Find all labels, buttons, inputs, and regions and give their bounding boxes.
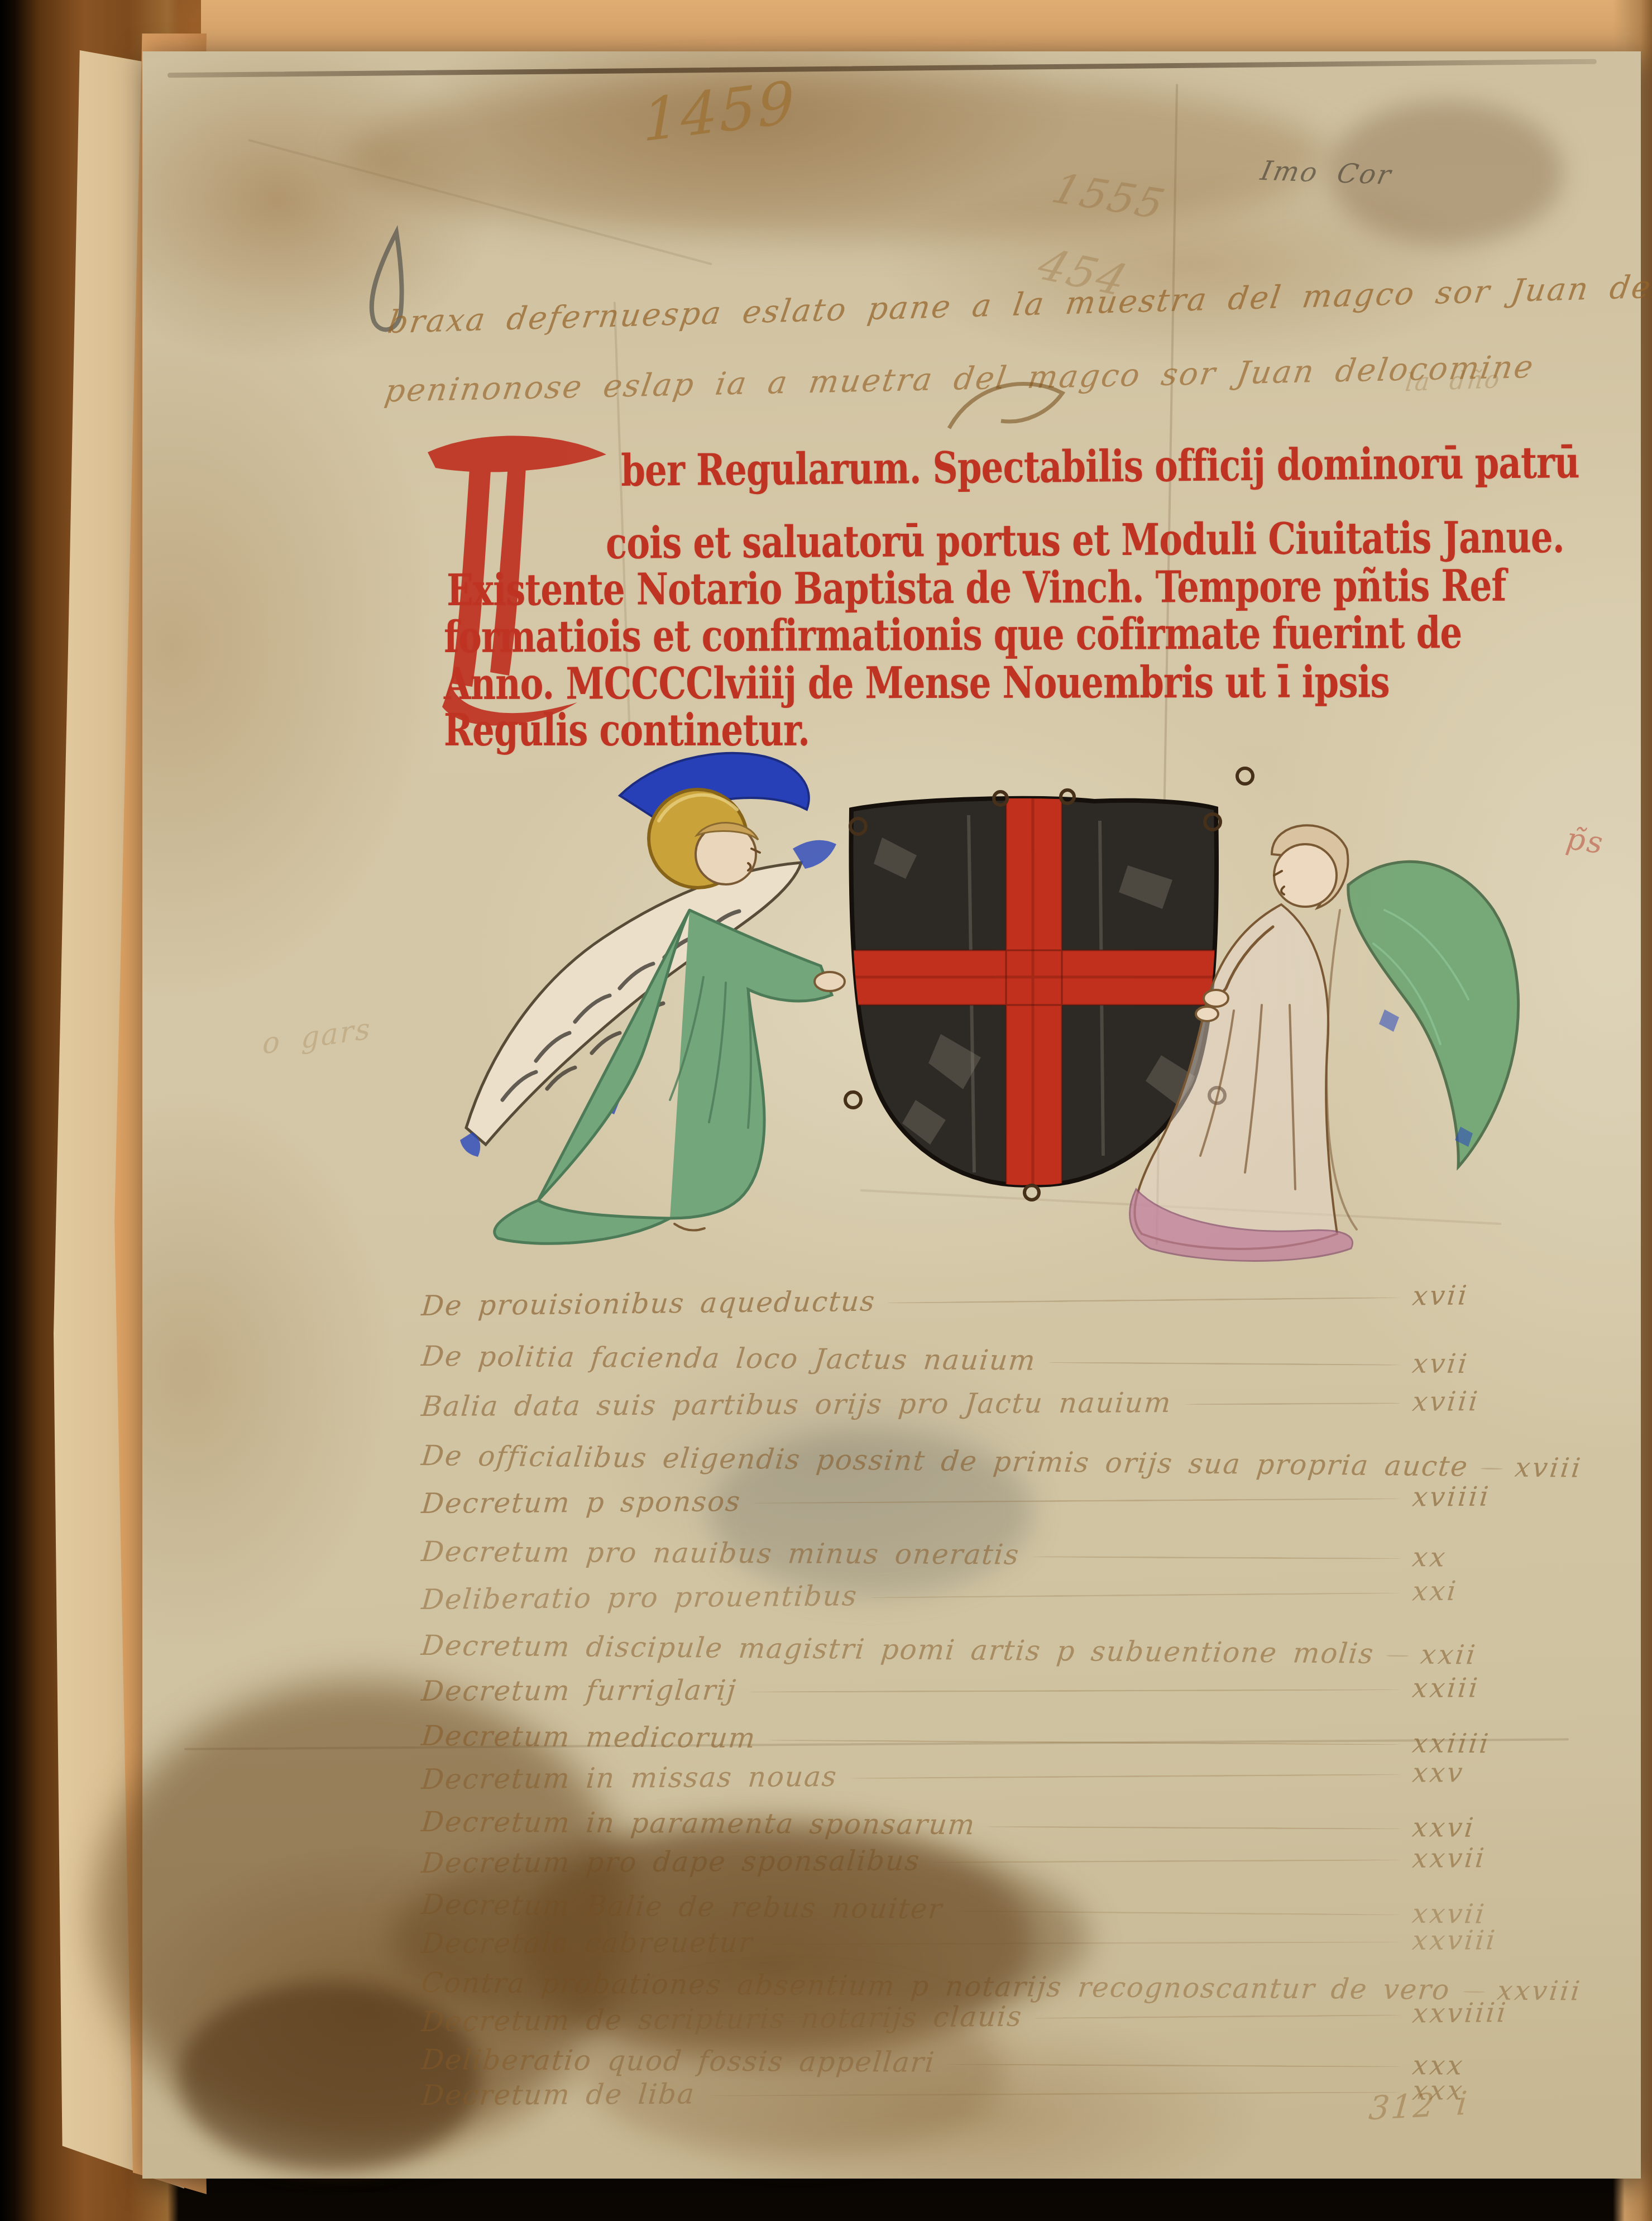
- contents-row-folio: xxi: [1411, 1574, 1545, 1607]
- miniature-angels-and-shield: [435, 743, 1530, 1279]
- contents-row-title: Decretum furriglarij: [420, 1674, 738, 1707]
- heading-line: Anno. MCCCClviiij de Mense Nouembris ut …: [444, 657, 1390, 710]
- leader-line: [1184, 1403, 1400, 1405]
- leader-line: [947, 2064, 1400, 2067]
- contents-row-folio: xxii: [1419, 1639, 1545, 1672]
- leader-line: [1032, 1556, 1400, 1559]
- contents-row-title: Decretum pro nauibus minus oneratis: [420, 1535, 1021, 1571]
- leader-line: [753, 1498, 1400, 1504]
- contents-row-folio: xxiii: [1411, 1672, 1545, 1704]
- contents-row-folio: xxviii: [1411, 1925, 1545, 1956]
- contents-row-folio: xvii: [1411, 1348, 1545, 1380]
- right-angel-wing: [1348, 861, 1519, 1167]
- contents-row: Decretum pro nauibus minus oneratis xx: [422, 1535, 1544, 1574]
- red-margin-mark: p̃s: [1564, 821, 1606, 861]
- leader-line: [1048, 1362, 1400, 1366]
- leader-line: [1386, 1655, 1409, 1657]
- contents-row-folio: xviiii: [1411, 1481, 1545, 1513]
- contents-row-folio: xviii: [1514, 1452, 1584, 1484]
- contents-row-title: Decretum in missas nouas: [420, 1760, 839, 1796]
- leader-line: [988, 1826, 1400, 1830]
- leader-line: [749, 1689, 1400, 1693]
- contents-row-title: Decretum medicorum: [420, 1720, 758, 1754]
- bottom-right-mark: 312 i: [1367, 2084, 1470, 2128]
- left-angel-hands: [815, 972, 845, 991]
- right-angel-head: [1274, 844, 1337, 907]
- contents-row-folio: xxviiii: [1411, 1997, 1545, 2029]
- top-right-ink-note: Imo Cor: [1258, 155, 1395, 191]
- contents-row-title: Balia data suis partibus orijs pro Jactu…: [420, 1386, 1173, 1423]
- damp-stain: [586, 1988, 1005, 2155]
- top-soiling: [346, 73, 1329, 240]
- contents-row-folio: xvii: [1411, 1279, 1545, 1312]
- leader-line: [1035, 2014, 1400, 2019]
- leader-line: [1481, 1468, 1503, 1470]
- contents-row-folio: xxvi: [1411, 1812, 1545, 1844]
- leader-line: [768, 1739, 1400, 1745]
- heading-line: ber Regularum. Spectabilis officij domin…: [621, 437, 1579, 496]
- leader-line: [850, 1774, 1400, 1779]
- leader-line: [932, 1859, 1400, 1863]
- contents-row-title: Decretum p sponsos: [420, 1485, 743, 1520]
- contents-row-folio: xx: [1411, 1542, 1545, 1573]
- contents-row: Balia data suis partibus orijs pro Jactu…: [422, 1384, 1544, 1423]
- contents-row-title: Deliberatio pro prouentibus: [420, 1579, 859, 1616]
- left-angel: [460, 753, 845, 1244]
- contents-row: Decretum furriglarij xxiii: [422, 1671, 1544, 1707]
- contents-row-title: De prouisionibus aqueductus: [420, 1285, 877, 1322]
- pen-flourish: [942, 370, 1082, 442]
- contents-row-title: De politia facienda loco Jactus nauium: [420, 1340, 1037, 1377]
- leader-line: [888, 1297, 1400, 1304]
- heading-line: formatiois et confirmationis que cōfirma…: [444, 607, 1462, 663]
- contents-row-folio: xxvii: [1411, 1842, 1545, 1874]
- manuscript-page-scan: 1459 1555 454 Imo Cor la dño o gars p̃s …: [0, 0, 1652, 2221]
- contents-row-folio: xxv: [1411, 1756, 1545, 1789]
- contents-row-folio: xviii: [1411, 1385, 1545, 1417]
- contents-row: Decretum in paramenta sponsarum xxvi: [422, 1806, 1544, 1844]
- right-angel-hands: [1204, 990, 1228, 1007]
- leader-line: [870, 1592, 1400, 1598]
- leader-line: [1462, 1991, 1485, 1993]
